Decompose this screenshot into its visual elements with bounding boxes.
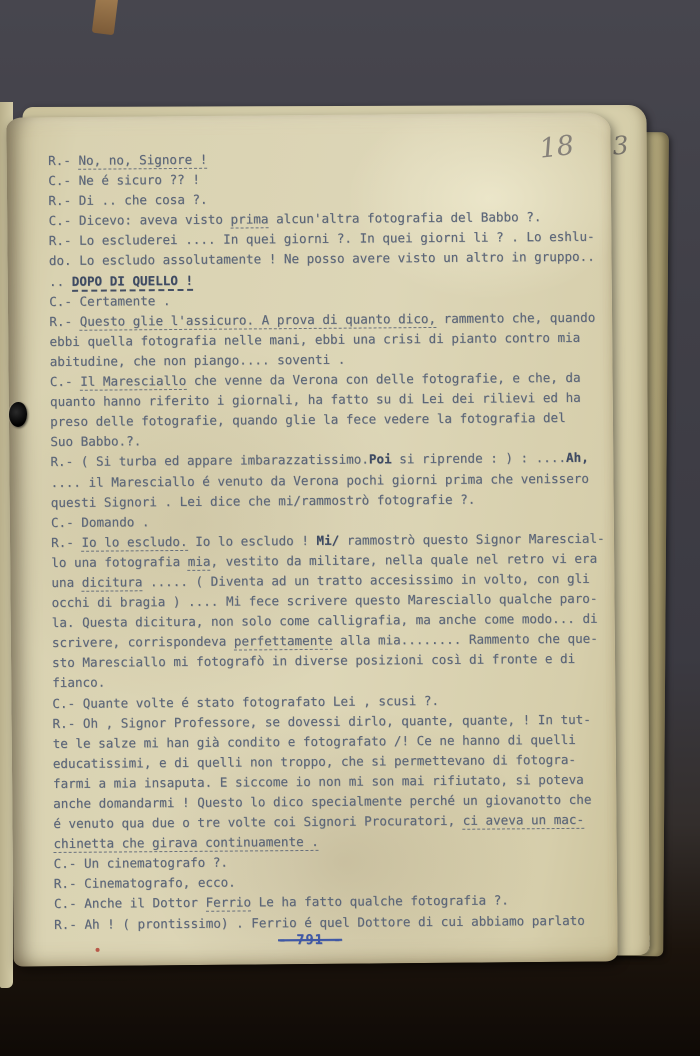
typed-segment: sto Maresciallo mi fotografò in diverse … (52, 651, 575, 670)
typed-segment: quanto hanno riferito i giornali, ha fat… (50, 390, 581, 409)
typed-text: R.- No, no, Signore !C.- Ne é sicuro ?? … (48, 147, 620, 935)
binder-spine-fragment (92, 0, 118, 35)
typed-segment: R.- Cinematografo, ecco. (54, 875, 236, 891)
typed-segment: R.- ( Si turba ed appare imbarazzatissim… (50, 452, 369, 470)
typed-segment-underlined: mia (188, 554, 211, 571)
photo-of-bound-typescript: 3 18 R.- No, no, Signore !C.- Ne é sicur… (0, 0, 700, 1056)
typed-segment: ebbi quella fotografia nelle mani, ebbi … (49, 330, 580, 349)
typed-segment: C.- Dicevo: aveva visto (48, 212, 230, 228)
typed-segment: do. Lo escludo assolutamente ! Ne posso … (49, 249, 595, 268)
typed-segment: C.- Ne é sicuro ?? ! (48, 172, 200, 188)
typed-segment: R.- Di .. che cosa ?. (48, 192, 207, 208)
typed-segment: Poi (369, 452, 392, 467)
typed-segment-underlined: DOPO DI QUELLO ! (72, 272, 193, 291)
typed-segment: educatissimi, e di quelli non troppo, ch… (53, 752, 576, 771)
typed-segment-underlined: Ferrio (206, 895, 252, 912)
typed-segment: R.- (48, 153, 78, 168)
typed-segment: R.- Lo escluderei .... In quei giorni ?.… (49, 229, 595, 248)
typed-segment: C.- Un cinematografo ?. (54, 855, 229, 871)
typed-segment: la. Questa dicitura, non solo come calli… (52, 611, 598, 630)
typed-segment: scrivere, corrispondeva (52, 634, 234, 650)
typed-segment: R.- (51, 535, 81, 550)
typed-segment: Ah, (566, 450, 589, 465)
typed-segment: Suo Babbo.?. (50, 434, 141, 450)
typed-segment: alcun'altra fotografia del Babbo ?. (268, 209, 541, 226)
typed-segment: Le ha fatto qualche fotografia ?. (251, 893, 509, 910)
typed-segment: é venuto qua due o tre volte coi Signori… (53, 813, 463, 831)
typed-segment: Mi/ (316, 533, 339, 548)
typed-segment: una (51, 575, 81, 590)
typed-segment: abitudine, che non piango.... soventi . (50, 352, 346, 369)
typed-segment: rammento che, quando (436, 309, 595, 325)
typed-segment: , vestito da militare, nella quale nel r… (210, 551, 597, 569)
typed-segment: R.- Ah ! ( prontissimo) . Ferrio é quel … (54, 912, 585, 931)
typed-segment: rammostrò questo Signor Marescial- (339, 530, 604, 547)
typed-segment: farmi a mia insaputa. E siccome io non m… (53, 772, 584, 791)
typed-segment-underlined: No, no, Signore ! (78, 152, 207, 170)
typed-segment: lo una fotografia (51, 554, 188, 570)
typed-segment-underlined: chinetta che girava continuamente . (53, 834, 319, 853)
typed-segment: .. (49, 273, 72, 288)
typed-segment: C.- Quante volte é stato fotografato Lei… (52, 692, 439, 710)
typed-segment: fianco. (52, 675, 105, 690)
typed-segment: che venne da Verona con delle fotografie… (186, 370, 580, 388)
typed-segment: R.- (49, 314, 79, 329)
typed-segment: C.- Anche il Dottor (54, 895, 206, 911)
typed-segment-underlined: perfettamente (234, 633, 333, 651)
typed-segment-underlined: Io lo escludo. (81, 534, 187, 552)
typed-segment: occhi di bragia ) .... Mi fece scrivere … (51, 591, 597, 610)
typed-segment: alla mia........ Rammento che que- (332, 631, 597, 648)
typed-segment-underlined: Il Maresciallo (80, 373, 186, 391)
binder-rivet (9, 402, 27, 427)
typed-segment: te le salze mi han già condito e fotogra… (53, 732, 576, 751)
typed-segment: anche domandarmi ! Questo lo dico specia… (53, 792, 591, 811)
typed-segment: questi Signori . Lei dice che mi/rammost… (51, 491, 476, 509)
typed-segment: preso delle fotografie, quando glie la f… (50, 410, 566, 429)
handwritten-edge-page-number: 3 (612, 130, 630, 160)
typed-segment: .... il Maresciallo é venuto da Verona p… (51, 470, 589, 489)
typed-segment: Io lo escludo ! (188, 533, 317, 549)
typed-segment: ..... ( Diventa ad un tratto accesissimo… (142, 571, 589, 590)
typed-segment-underlined: dicitura (82, 574, 143, 591)
typed-segment-underlined: prima (230, 212, 268, 229)
typed-segment-underlined: ci aveva un mac- (463, 812, 584, 830)
typed-footer-page-number: - 791 - (240, 932, 380, 949)
typed-segment: C.- (50, 374, 80, 389)
typed-segment: R.- Oh , Signor Professore, se dovessi d… (52, 711, 590, 730)
typed-segment: C.- Certamente . (49, 293, 170, 309)
ink-speck (96, 948, 100, 952)
typed-segment: C.- Domando . (51, 514, 150, 530)
typed-segment-underlined: Questo glie l'assicuro. A prova di quant… (80, 311, 436, 331)
typed-segment: si riprende : ) : .... (392, 450, 567, 466)
